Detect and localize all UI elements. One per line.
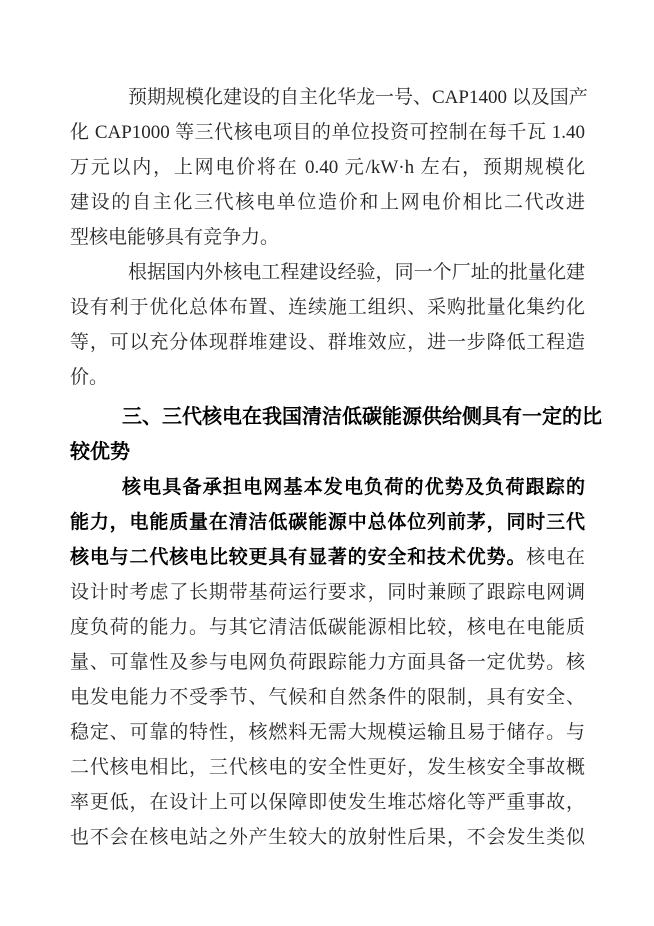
para-investment-cost-text-run: 建设的自主化三代核电单位造价和上网电价相比二代改进 [70, 192, 585, 213]
para-comparative-advantages-text-run: 电发电能力不受季节、气候和自然条件的限制，具有安全、 [70, 687, 585, 708]
para-batch-construction-text-run: 等，可以充分体现群堆建设、群堆效应，进一步降低工程造 [70, 332, 585, 353]
document-content: 预期规模化建设的自主化华龙一号、CAP1400 以及国产化 CAP1000 等三… [70, 80, 585, 855]
para-comparative-advantages-text-run: 稳定、可靠的特性，核燃料无需大规模运输且易于储存。与 [70, 722, 585, 743]
para-comparative-advantages-text-run: 量、可靠性及参与电网负荷跟踪能力方面具备一定优势。核 [70, 652, 585, 673]
paragraph-line: 率更低，在设计上可以保障即使发生堆芯熔化等严重事故， [70, 785, 585, 820]
para-comparative-advantages-text-run: 能力，电能质量在清洁低碳能源中总体位列前茅，同时三代 [70, 512, 585, 533]
section-heading-three-text-run: 较优势 [70, 441, 130, 463]
paragraph-line: 设计时考虑了长期带基荷运行要求，同时兼顾了跟踪电网调 [70, 575, 585, 610]
para-batch-construction-text-run: 设有利于优化总体布置、连续施工组织、采购批量化集约化 [70, 297, 585, 318]
para-comparative-advantages-text-run: 设计时考虑了长期带基荷运行要求，同时兼顾了跟踪电网调 [70, 582, 585, 603]
paragraph-line: 价。 [70, 360, 585, 395]
paragraph-line: 化 CAP1000 等三代核电项目的单位投资可控制在每千瓦 1.40 [70, 115, 585, 150]
para-comparative-advantages-text-run: 度负荷的能力。与其它清洁低碳能源相比较，核电在电能质 [70, 617, 585, 638]
para-comparative-advantages-text-run: 率更低，在设计上可以保障即使发生堆芯熔化等严重事故， [70, 792, 585, 813]
paragraph-line: 量、可靠性及参与电网负荷跟踪能力方面具备一定优势。核 [70, 645, 585, 680]
para-comparative-advantages-text-run: 核电在 [526, 547, 585, 568]
paragraph-line: 核电与二代核电比较更具有显著的安全和技术优势。核电在 [70, 540, 585, 575]
para-investment-cost-text-run: 万元以内，上网电价将在 0.40 元/kW·h 左右，预期规模化 [70, 157, 585, 178]
paragraph-line: 电发电能力不受季节、气候和自然条件的限制，具有安全、 [70, 680, 585, 715]
para-comparative-advantages-text-run: 核电与二代核电比较更具有显著的安全和技术优势。 [70, 547, 526, 568]
paragraph-line: 根据国内外核电工程建设经验，同一个厂址的批量化建 [70, 255, 585, 290]
paragraph-line: 二代核电相比，三代核电的安全性更好，发生核安全事故概 [70, 750, 585, 785]
paragraph-line: 核电具备承担电网基本发电负荷的优势及负荷跟踪的 [70, 470, 585, 505]
para-comparative-advantages-text-run: 也不会在核电站之外产生较大的放射性后果，不会发生类似 [70, 827, 585, 848]
para-batch-construction-text-run: 价。 [70, 367, 108, 388]
paragraph-line: 度负荷的能力。与其它清洁低碳能源相比较，核电在电能质 [70, 610, 585, 645]
para-comparative-advantages-text-run: 核电具备承担电网基本发电负荷的优势及负荷跟踪的 [122, 477, 585, 498]
paragraph-line: 型核电能够具有竞争力。 [70, 220, 585, 255]
heading-line: 三、三代核电在我国清洁低碳能源供给侧具有一定的比 [70, 400, 585, 435]
paragraph-line: 等，可以充分体现群堆建设、群堆效应，进一步降低工程造 [70, 325, 585, 360]
paragraph-line: 建设的自主化三代核电单位造价和上网电价相比二代改进 [70, 185, 585, 220]
paragraph-line: 预期规模化建设的自主化华龙一号、CAP1400 以及国产 [70, 80, 585, 115]
para-comparative-advantages-text-run: 二代核电相比，三代核电的安全性更好，发生核安全事故概 [70, 757, 585, 778]
para-batch-construction-text-run: 根据国内外核电工程建设经验，同一个厂址的批量化建 [128, 262, 585, 283]
paragraph-line: 能力，电能质量在清洁低碳能源中总体位列前茅，同时三代 [70, 505, 585, 540]
paragraph-line: 稳定、可靠的特性，核燃料无需大规模运输且易于储存。与 [70, 715, 585, 750]
section-heading-three-text-run: 三、三代核电在我国清洁低碳能源供给侧具有一定的比 [122, 406, 602, 428]
para-investment-cost-text-run: 化 CAP1000 等三代核电项目的单位投资可控制在每千瓦 1.40 [70, 122, 585, 143]
heading-line: 较优势 [70, 435, 585, 470]
para-investment-cost-text-run: 预期规模化建设的自主化华龙一号、CAP1400 以及国产 [128, 87, 588, 108]
document-page: 预期规模化建设的自主化华龙一号、CAP1400 以及国产化 CAP1000 等三… [0, 0, 654, 926]
paragraph-line: 也不会在核电站之外产生较大的放射性后果，不会发生类似 [70, 820, 585, 855]
paragraph-line: 万元以内，上网电价将在 0.40 元/kW·h 左右，预期规模化 [70, 150, 585, 185]
para-investment-cost-text-run: 型核电能够具有竞争力。 [70, 227, 279, 248]
paragraph-line: 设有利于优化总体布置、连续施工组织、采购批量化集约化 [70, 290, 585, 325]
